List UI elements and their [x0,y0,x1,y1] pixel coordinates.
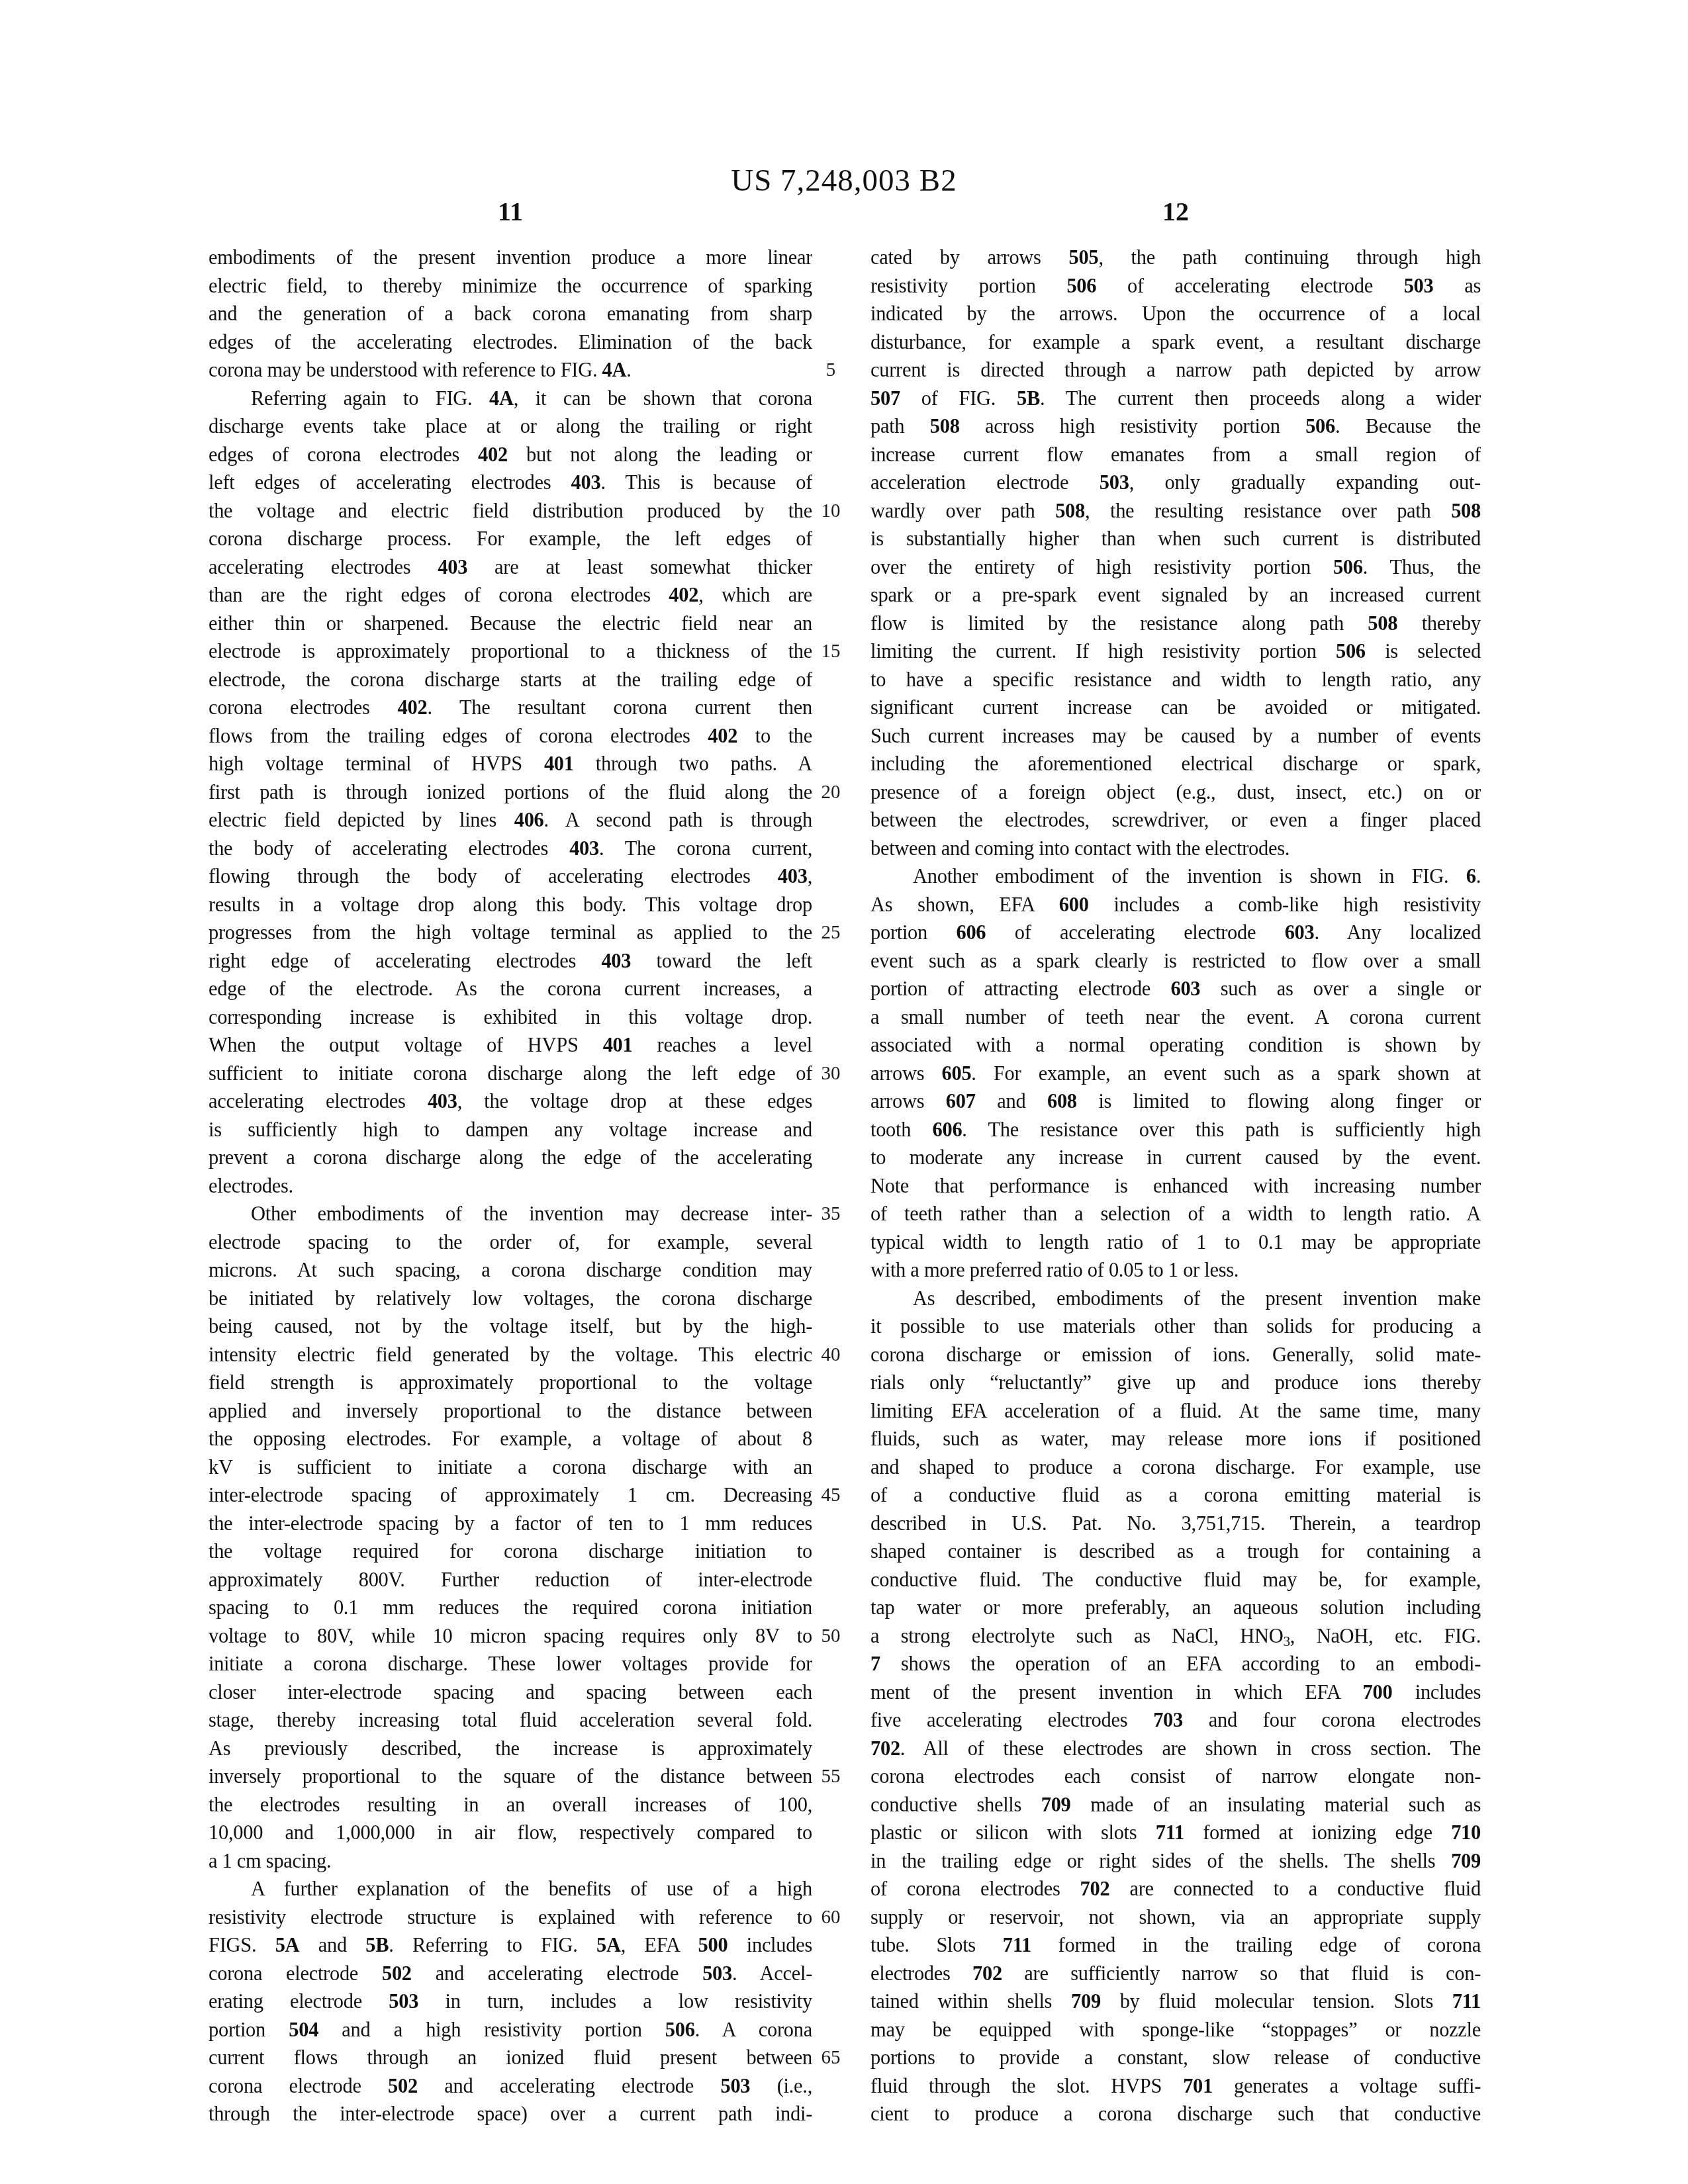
text-line: discharge events take place at or along … [209,412,812,441]
text-line: arrows 605. For example, an event such a… [870,1060,1481,1088]
text-line: fluid through the slot. HVPS 701 generat… [870,2072,1481,2101]
text-line: When the output voltage of HVPS 401 reac… [209,1031,812,1060]
text-line: typical width to length ratio of 1 to 0.… [870,1228,1481,1257]
text-line: electrode spacing to the order of, for e… [209,1228,812,1257]
text-line: inter-electrode spacing of approximately… [209,1481,812,1510]
text-line: edges of corona electrodes 402 but not a… [209,441,812,469]
text-line: flowing through the body of accelerating… [209,862,812,891]
text-line: associated with a normal operating condi… [870,1031,1481,1060]
text-line: Other embodiments of the invention may d… [209,1200,812,1228]
text-line: disturbance, for example a spark event, … [870,328,1481,357]
text-line: may be equipped with sponge-like “stoppa… [870,2016,1481,2044]
text-line: edge of the electrode. As the corona cur… [209,975,812,1003]
text-line: to moderate any increase in current caus… [870,1144,1481,1172]
text-line: cient to produce a corona discharge such… [870,2100,1481,2128]
line-number: 50 [804,1622,857,1651]
text-line: conductive fluid. The conductive fluid m… [870,1566,1481,1594]
text-line: in the trailing edge or right sides of t… [870,1847,1481,1876]
text-line: five accelerating electrodes 703 and fou… [870,1706,1481,1735]
text-line: a 1 cm spacing. [209,1847,812,1876]
text-line: portion 606 of accelerating electrode 60… [870,919,1481,947]
text-line: 10,000 and 1,000,000 in air flow, respec… [209,1819,812,1847]
text-line: high voltage terminal of HVPS 401 throug… [209,750,812,778]
text-line: accelerating electrodes 403 are at least… [209,553,812,582]
text-line: electrode is approximately proportional … [209,637,812,666]
text-line: Referring again to FIG. 4A, it can be sh… [209,385,812,413]
text-line: corona discharge process. For example, t… [209,525,812,553]
text-line: approximately 800V. Further reduction of… [209,1566,812,1594]
line-number: 60 [804,1903,857,1932]
line-number: 40 [804,1341,857,1369]
text-line: left edges of accelerating electrodes 40… [209,469,812,497]
text-line: and shaped to produce a corona discharge… [870,1453,1481,1482]
text-line: is sufficiently high to dampen any volta… [209,1116,812,1144]
text-line: between the electrodes, screwdriver, or … [870,806,1481,835]
text-line: the body of accelerating electrodes 403.… [209,835,812,863]
text-line: edges of the accelerating electrodes. El… [209,328,812,357]
text-line: between and coming into contact with the… [870,835,1481,863]
text-line: presence of a foreign object (e.g., dust… [870,778,1481,807]
text-line: As shown, EFA 600 includes a comb-like h… [870,891,1481,919]
text-line: microns. At such spacing, a corona disch… [209,1256,812,1285]
text-line: Another embodiment of the invention is s… [870,862,1481,891]
text-line: to have a specific resistance and width … [870,666,1481,694]
text-line: wardly over path 508, the resulting resi… [870,497,1481,525]
text-line: tooth 606. The resistance over this path… [870,1116,1481,1144]
column-number-left: 11 [209,196,812,227]
column-right-text: cated by arrows 505, the path continuing… [870,244,1481,2128]
text-line: a small number of teeth near the event. … [870,1003,1481,1032]
text-line: spacing to 0.1 mm reduces the required c… [209,1594,812,1622]
text-line: erating electrode 503 in turn, includes … [209,1987,812,2016]
text-line: progresses from the high voltage termina… [209,919,812,947]
line-number: 30 [804,1060,857,1088]
text-line: it possible to use materials other than … [870,1312,1481,1341]
text-line: Note that performance is enhanced with i… [870,1172,1481,1201]
text-line: FIGS. 5A and 5B. Referring to FIG. 5A, E… [209,1931,812,1960]
text-line: fluids, such as water, may release more … [870,1425,1481,1453]
text-line: corona electrodes each consist of narrow… [870,1762,1481,1791]
text-line: described in U.S. Pat. No. 3,751,715. Th… [870,1510,1481,1538]
text-line: voltage to 80V, while 10 micron spacing … [209,1622,812,1651]
text-line: limiting EFA acceleration of a fluid. At… [870,1397,1481,1426]
text-line: path 508 across high resistivity portion… [870,412,1481,441]
text-line: portion 504 and a high resistivity porti… [209,2016,812,2044]
text-line: closer inter-electrode spacing and spaci… [209,1678,812,1707]
text-line: corona electrode 502 and accelerating el… [209,2072,812,2101]
patent-page: US 7,248,003 B2 11 12 embodiments of the… [0,0,1688,2184]
text-line: a strong electrolyte such as NaCl, HNO3,… [870,1622,1481,1651]
text-line: Such current increases may be caused by … [870,722,1481,751]
text-line: 507 of FIG. 5B. The current then proceed… [870,385,1481,413]
line-number: 55 [804,1762,857,1791]
text-line: corona may be understood with reference … [209,356,812,385]
text-line: portions to provide a constant, slow rel… [870,2044,1481,2072]
text-line: acceleration electrode 503, only gradual… [870,469,1481,497]
patent-number: US 7,248,003 B2 [0,163,1688,199]
text-line: supply or reservoir, not shown, via an a… [870,1903,1481,1932]
text-line: corona discharge or emission of ions. Ge… [870,1341,1481,1369]
text-line: current flows through an ionized fluid p… [209,2044,812,2072]
text-line: corresponding increase is exhibited in t… [209,1003,812,1032]
text-line: A further explanation of the benefits of… [209,1875,812,1903]
text-line: limiting the current. If high resistivit… [870,637,1481,666]
text-line: portion of attracting electrode 603 such… [870,975,1481,1003]
line-number: 45 [804,1481,857,1510]
line-number: 65 [804,2044,857,2072]
text-line: flow is limited by the resistance along … [870,610,1481,638]
text-block: embodiments of the present invention pro… [209,244,1481,2136]
text-line: electric field depicted by lines 406. A … [209,806,812,835]
text-line: plastic or silicon with slots 711 formed… [870,1819,1481,1847]
text-line: prevent a corona discharge along the edg… [209,1144,812,1172]
text-line: of a conductive fluid as a corona emitti… [870,1481,1481,1510]
text-line: right edge of accelerating electrodes 40… [209,947,812,976]
line-number: 10 [804,497,857,525]
text-line: the voltage required for corona discharg… [209,1537,812,1566]
text-line: over the entirety of high resistivity po… [870,553,1481,582]
text-line: tube. Slots 711 formed in the trailing e… [870,1931,1481,1960]
text-line: being caused, not by the voltage itself,… [209,1312,812,1341]
text-line: sufficient to initiate corona discharge … [209,1060,812,1088]
gutter-line-numbers: 5101520253035404550556065 [804,244,857,2136]
text-line: stage, thereby increasing total fluid ac… [209,1706,812,1735]
text-line: resistivity electrode structure is expla… [209,1903,812,1932]
text-line: the electrodes resulting in an overall i… [209,1791,812,1819]
text-line: tap water or more preferably, an aqueous… [870,1594,1481,1622]
column-left-text: embodiments of the present invention pro… [209,244,812,2128]
text-line: cated by arrows 505, the path continuing… [870,244,1481,272]
text-line: indicated by the arrows. Upon the occurr… [870,300,1481,328]
text-line: increase current flow emanates from a sm… [870,441,1481,469]
text-line: significant current increase can be avoi… [870,694,1481,722]
text-line: through the inter-electrode space) over … [209,2100,812,2128]
text-line: rials only “reluctantly” give up and pro… [870,1369,1481,1397]
text-line: is substantially higher than when such c… [870,525,1481,553]
text-line: As described, embodiments of the present… [870,1285,1481,1313]
text-line: applied and inversely proportional to th… [209,1397,812,1426]
text-line: corona electrode 502 and accelerating el… [209,1960,812,1988]
line-number: 20 [804,778,857,807]
text-line: As previously described, the increase is… [209,1735,812,1763]
text-line: first path is through ionized portions o… [209,778,812,807]
text-line: embodiments of the present invention pro… [209,244,812,272]
text-line: electrodes 702 are sufficiently narrow s… [870,1960,1481,1988]
line-number: 25 [804,919,857,947]
text-line: initiate a corona discharge. These lower… [209,1650,812,1678]
text-line: field strength is approximately proporti… [209,1369,812,1397]
text-line: 702. All of these electrodes are shown i… [870,1735,1481,1763]
text-line: and the generation of a back corona eman… [209,300,812,328]
text-line: than are the right edges of corona elect… [209,581,812,610]
text-line: accelerating electrodes 403, the voltage… [209,1087,812,1116]
line-number: 5 [804,356,857,385]
text-line: event such as a spark clearly is restric… [870,947,1481,976]
text-line: arrows 607 and 608 is limited to flowing… [870,1087,1481,1116]
line-number: 15 [804,637,857,666]
line-number: 35 [804,1200,857,1228]
text-line: the inter-electrode spacing by a factor … [209,1510,812,1538]
text-line: conductive shells 709 made of an insulat… [870,1791,1481,1819]
text-line: including the aforementioned electrical … [870,750,1481,778]
text-line: tained within shells 709 by fluid molecu… [870,1987,1481,2016]
text-line: flows from the trailing edges of corona … [209,722,812,751]
text-line: be initiated by relatively low voltages,… [209,1285,812,1313]
text-line: the opposing electrodes. For example, a … [209,1425,812,1453]
text-line: 7 shows the operation of an EFA accordin… [870,1650,1481,1678]
text-line: shaped container is described as a troug… [870,1537,1481,1566]
text-line: electric field, to thereby minimize the … [209,272,812,300]
text-line: inversely proportional to the square of … [209,1762,812,1791]
text-line: of teeth rather than a selection of a wi… [870,1200,1481,1228]
text-line: electrodes. [209,1172,812,1201]
text-line: resistivity portion 506 of accelerating … [870,272,1481,300]
column-number-right: 12 [870,196,1481,227]
text-line: kV is sufficient to initiate a corona di… [209,1453,812,1482]
text-line: of corona electrodes 702 are connected t… [870,1875,1481,1903]
text-line: corona electrodes 402. The resultant cor… [209,694,812,722]
text-line: spark or a pre-spark event signaled by a… [870,581,1481,610]
text-line: electrode, the corona discharge starts a… [209,666,812,694]
text-line: ment of the present invention in which E… [870,1678,1481,1707]
text-line: intensity electric field generated by th… [209,1341,812,1369]
text-line: either thin or sharpened. Because the el… [209,610,812,638]
text-line: current is directed through a narrow pat… [870,356,1481,385]
text-line: results in a voltage drop along this bod… [209,891,812,919]
text-line: the voltage and electric field distribut… [209,497,812,525]
text-line: with a more preferred ratio of 0.05 to 1… [870,1256,1481,1285]
